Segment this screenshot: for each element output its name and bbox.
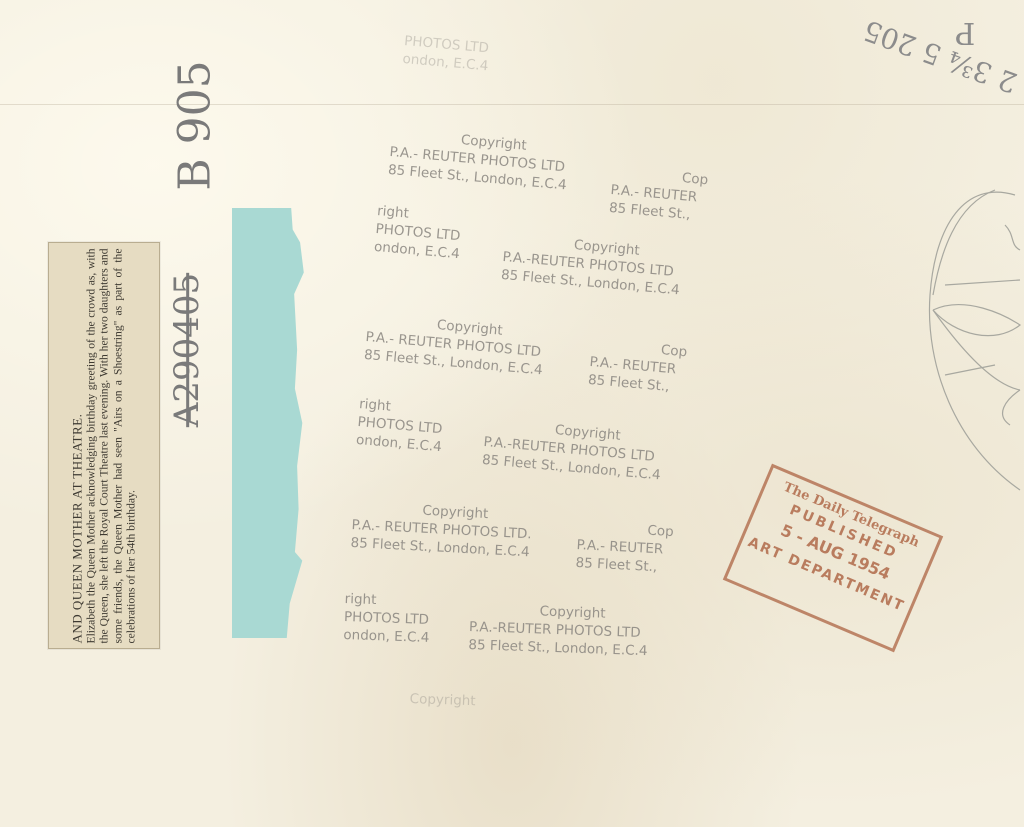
paper-crease bbox=[0, 104, 1024, 105]
newspaper-clipping: AND QUEEN MOTHER AT THEATRE. Elizabeth t… bbox=[48, 242, 160, 649]
copyright-stamp-partial: Cop P.A.- REUTER 85 Fleet St., bbox=[575, 518, 674, 577]
pencil-letter: P bbox=[955, 15, 975, 50]
copyright-stamp-partial: right PHOTOS LTD ondon, E.C.4 bbox=[373, 202, 463, 263]
clipping-body: Elizabeth the Queen Mother acknowledging… bbox=[84, 248, 138, 643]
published-stamp: The Daily Telegraph PUBLISHED 5 - AUG 19… bbox=[723, 464, 943, 653]
catalog-number: B 905 bbox=[170, 60, 221, 190]
clipping-headline: AND QUEEN MOTHER AT THEATRE. bbox=[70, 248, 84, 643]
copyright-stamp: Copyright P.A.- REUTER PHOTOS LTD 85 Fle… bbox=[387, 125, 570, 194]
faded-copyright-stamp: Copyright bbox=[409, 690, 476, 710]
copyright-stamp-partial: right PHOTOS LTD ondon, E.C.4 bbox=[343, 590, 431, 647]
copyright-stamp: Copyright P.A.- REUTER PHOTOS LTD. 85 Fl… bbox=[350, 498, 533, 561]
blue-tape bbox=[232, 208, 306, 638]
copyright-stamp: Copyright P.A.-REUTER PHOTOS LTD 85 Flee… bbox=[468, 600, 649, 660]
copyright-stamp-partial: Cop P.A.- REUTER 85 Fleet St., bbox=[587, 335, 688, 397]
copyright-stamp: Copyright P.A.-REUTER PHOTOS LTD 85 Flee… bbox=[481, 415, 664, 484]
faded-copyright-stamp: PHOTOS LTD ondon, E.C.4 bbox=[402, 32, 491, 75]
copyright-stamp-partial: right PHOTOS LTD ondon, E.C.4 bbox=[355, 395, 445, 456]
copyright-stamp: Copyright P.A.- REUTER PHOTOS LTD 85 Fle… bbox=[363, 310, 546, 379]
struck-number: A290405 bbox=[167, 273, 207, 427]
copyright-stamp-partial: Cop P.A.- REUTER 85 Fleet St., bbox=[608, 163, 709, 225]
copyright-stamp: Copyright P.A.-REUTER PHOTOS LTD 85 Flee… bbox=[500, 230, 683, 299]
pencil-notes: 2 3¾ 5 205 bbox=[859, 14, 1021, 100]
pencil-sketch bbox=[925, 185, 1024, 495]
clipping-text: AND QUEEN MOTHER AT THEATRE. Elizabeth t… bbox=[70, 248, 138, 643]
